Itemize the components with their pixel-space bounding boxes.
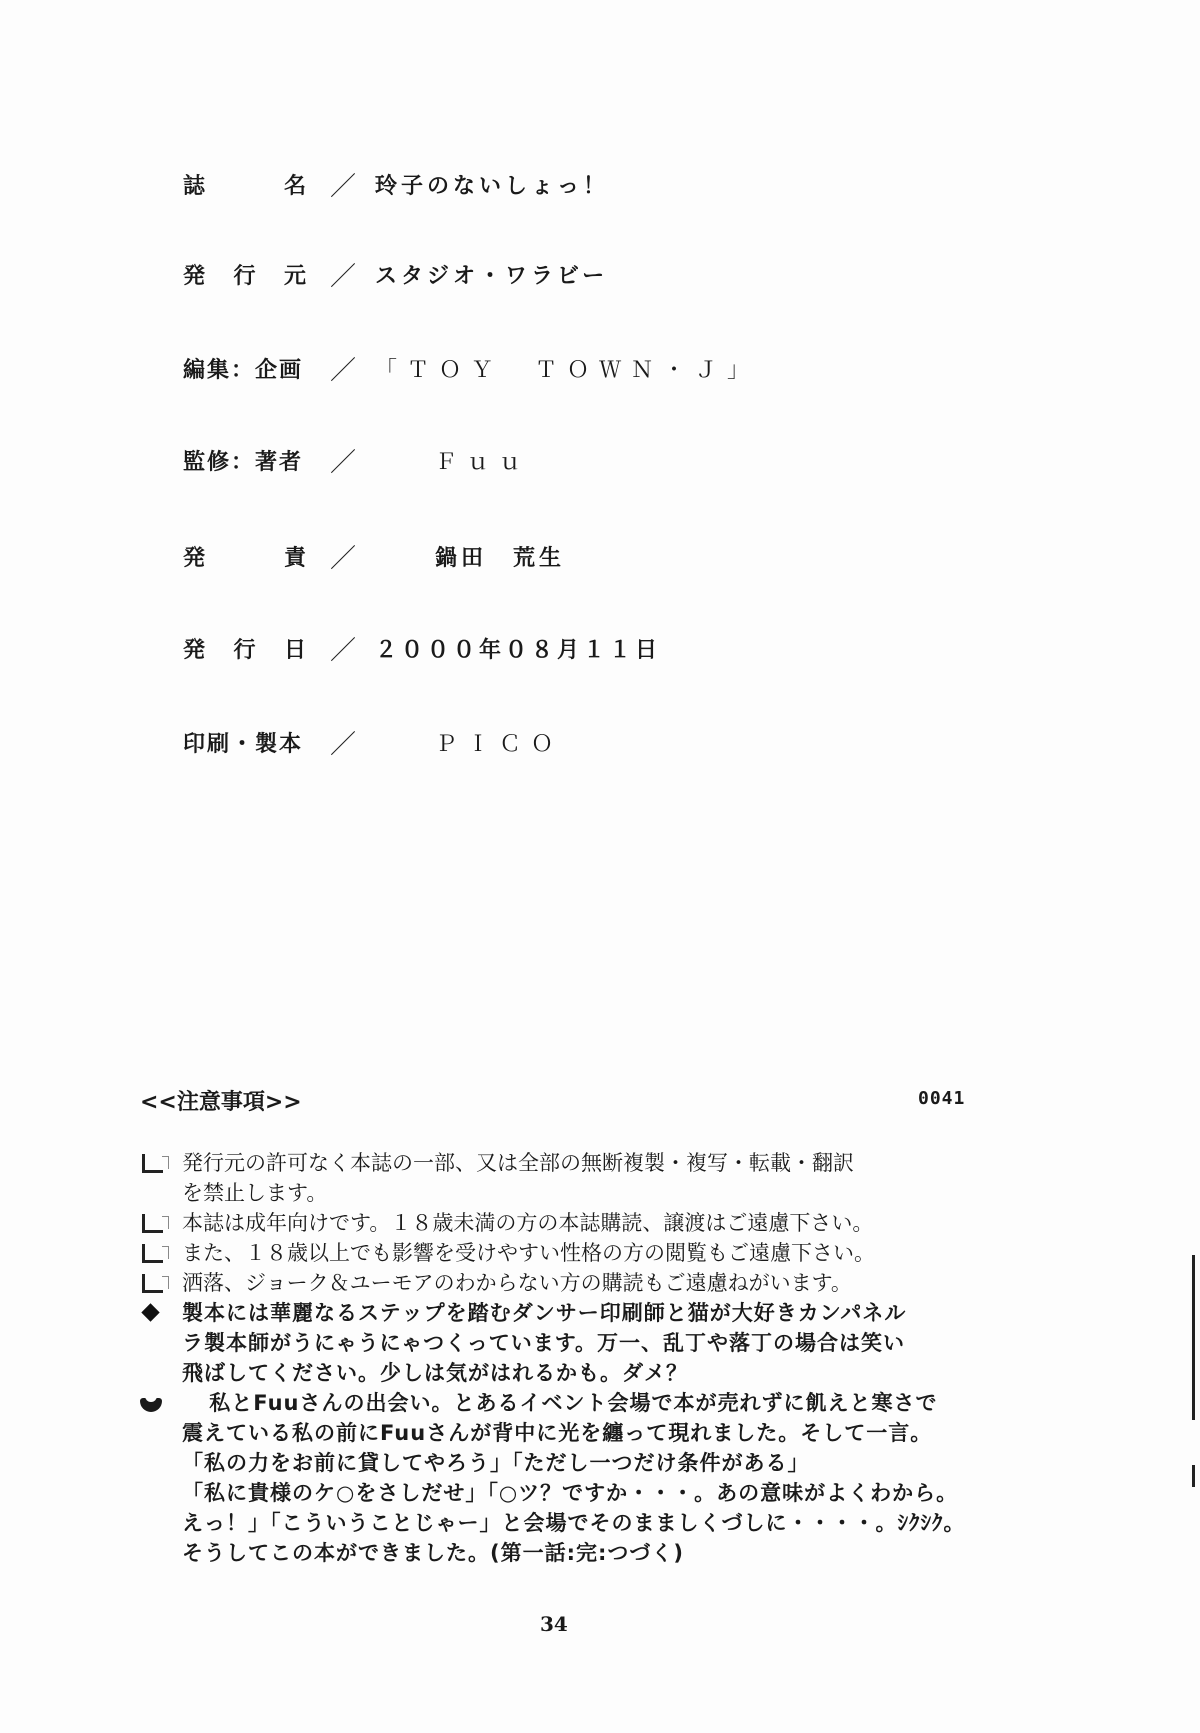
notes-code: 0041 bbox=[918, 1088, 965, 1109]
colophon-label: 誌 名 bbox=[183, 169, 308, 200]
page-number: 34 bbox=[540, 1612, 568, 1636]
colophon-row-editing: 編集：企画 ／ 「ＴＯＹ ＴＯＷＮ・Ｊ」 bbox=[183, 348, 759, 388]
note-item: 洒落、ジョーク＆ユーモアのわからない方の購読もご遠慮ねがいます。 bbox=[132, 1268, 1002, 1298]
colophon-value-author: Ｆｕｕ bbox=[435, 445, 531, 476]
colophon-label: 発 行 日 bbox=[183, 633, 308, 664]
colophon-row-title: 誌 名 ／ 玲子のないしょっ！ bbox=[183, 164, 609, 204]
colophon-row-publisher: 発 行 元 ／ スタジオ・ワラビー bbox=[183, 254, 608, 294]
colophon-label: 発 行 元 bbox=[183, 259, 308, 290]
note-item: 本誌は成年向けです。１８歳未満の方の本誌購読、譲渡はご遠慮下さい。 bbox=[132, 1208, 1002, 1238]
note-item: また、１８歳以上でも影響を受けやすい性格の方の閲覧もご遠慮下さい。 bbox=[132, 1238, 1002, 1268]
note-item: 製本には華麗なるステップを踏むダンサー印刷師と猫が大好きカンパネル ラ製本師がう… bbox=[132, 1298, 1002, 1388]
note-item: 私とFuuさんの出会い。とあるイベント会場で本が売れずに飢えと寒さで 震えている… bbox=[132, 1388, 1002, 1568]
colophon-value-publisher: スタジオ・ワラビー bbox=[375, 259, 608, 290]
checkbox-icon bbox=[142, 1244, 163, 1263]
checkbox-icon bbox=[142, 1154, 163, 1173]
slash-separator: ／ bbox=[330, 256, 375, 293]
colophon-label: 発 責 bbox=[183, 541, 308, 572]
document-page: 誌 名 ／ 玲子のないしょっ！ 発 行 元 ／ スタジオ・ワラビー 編集：企画 … bbox=[0, 0, 1200, 1733]
slash-separator: ／ bbox=[330, 538, 375, 575]
edge-mark bbox=[1192, 1465, 1195, 1487]
slash-separator: ／ bbox=[330, 350, 375, 387]
cup-icon bbox=[140, 1398, 162, 1412]
slash-separator: ／ bbox=[330, 630, 375, 667]
edge-mark bbox=[1192, 1255, 1195, 1420]
colophon-row-author: 監修：著者 ／ Ｆｕｕ bbox=[183, 440, 531, 480]
checkbox-icon bbox=[142, 1274, 163, 1293]
slash-separator: ／ bbox=[330, 442, 375, 479]
diamond-icon bbox=[141, 1303, 159, 1321]
colophon-value-date: ２０００年０８月１１日 bbox=[375, 633, 661, 664]
colophon-row-printing: 印刷・製本 ／ ＰＩＣＯ bbox=[183, 722, 563, 762]
colophon-row-date: 発 行 日 ／ ２０００年０８月１１日 bbox=[183, 628, 661, 668]
note-item: 発行元の許可なく本誌の一部、又は全部の無断複製・複写・転載・翻訳 を禁止します。 bbox=[132, 1148, 1002, 1208]
colophon-value-editing: 「ＴＯＹ ＴＯＷＮ・Ｊ」 bbox=[375, 353, 759, 384]
slash-separator: ／ bbox=[330, 724, 375, 761]
colophon-label: 印刷・製本 bbox=[183, 727, 308, 758]
colophon-label: 監修：著者 bbox=[183, 445, 308, 476]
colophon-value-title: 玲子のないしょっ！ bbox=[375, 169, 609, 200]
colophon-value-printing: ＰＩＣＯ bbox=[435, 727, 563, 758]
checkbox-icon bbox=[142, 1214, 163, 1233]
notes-header: <<注意事項>> bbox=[140, 1085, 302, 1116]
colophon-label: 編集：企画 bbox=[183, 353, 308, 384]
notes-list: 発行元の許可なく本誌の一部、又は全部の無断複製・複写・転載・翻訳 を禁止します。… bbox=[132, 1148, 1002, 1568]
colophon-row-responsible: 発 責 ／ 鍋田 荒生 bbox=[183, 536, 565, 576]
slash-separator: ／ bbox=[330, 166, 375, 203]
colophon-value-responsible: 鍋田 荒生 bbox=[435, 541, 565, 572]
